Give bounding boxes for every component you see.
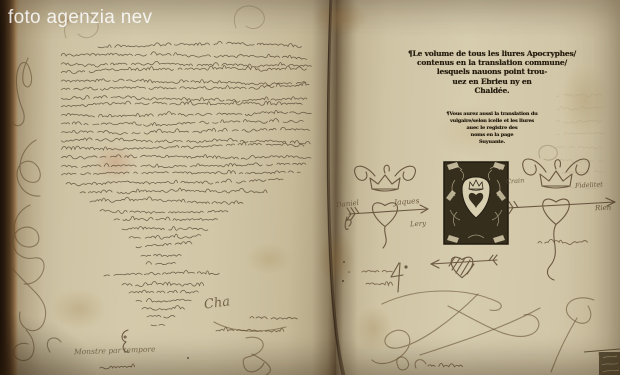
printed-note: ¶Vous aurez aussi la translation du vulg… — [428, 111, 556, 146]
printed-title-line: uez en Ebrieu ny en — [396, 77, 588, 86]
book-gutter — [312, 0, 358, 375]
printed-note-line: vulgaire/selon icelle et les liures — [428, 118, 556, 125]
printed-note-line: noms en la page — [428, 132, 556, 139]
printed-title: ¶Le volume de tous les liures Apocryphes… — [396, 49, 588, 95]
left-page — [6, 0, 336, 375]
printed-title-line: Chaldée. — [396, 86, 588, 95]
doodle-label-fidelitet: Fidelitet — [575, 180, 603, 189]
photo-agency-watermark: foto agenzia nev — [8, 7, 152, 29]
doodle-label-lery: Lery — [410, 220, 426, 229]
doodle-label-rien: Rien — [595, 204, 611, 213]
doodle-label-crain: Crain — [506, 176, 525, 186]
printed-title-line: ¶Le volume de tous les liures Apocryphes… — [396, 49, 588, 58]
printed-title-line: lesquels nauons point trou- — [396, 67, 588, 76]
printed-note-line: Suyuante. — [428, 139, 556, 146]
book-left-edge — [0, 0, 18, 375]
printed-note-line: auec le registre des — [428, 125, 556, 132]
photo-open-antique-book: ¶Le volume de tous les liures Apocryphes… — [0, 0, 620, 375]
printed-title-line: contenus en la translation commune/ — [396, 58, 588, 67]
doodle-label-jaques: Jaques — [394, 196, 420, 207]
printed-note-line: ¶Vous aurez aussi la translation du — [428, 111, 556, 118]
